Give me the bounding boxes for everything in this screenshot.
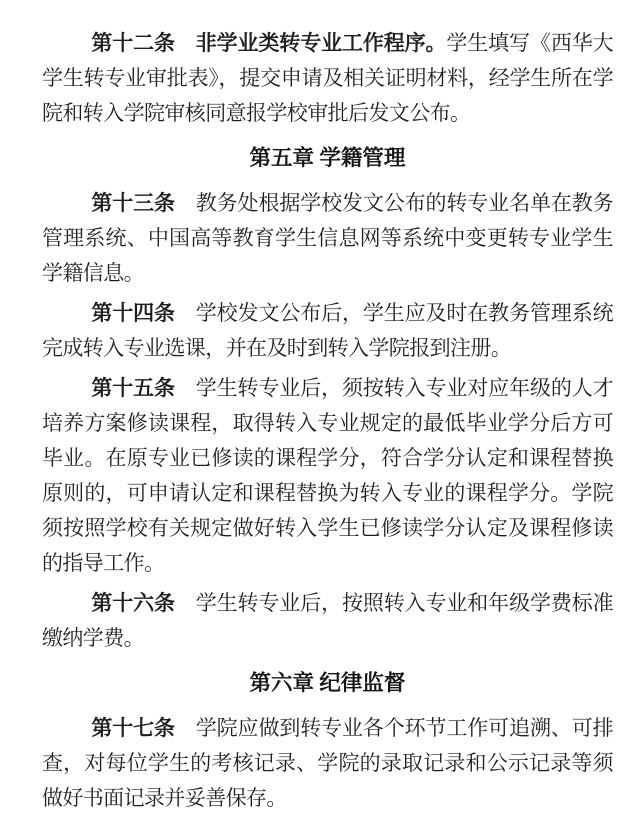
article-17-lead: 第十七条 bbox=[91, 716, 195, 740]
paragraph-article-15: 第十五条 学生转专业后，须按转入专业对应年级的人才培养方案修读课程，取得转入专业… bbox=[42, 371, 613, 581]
chapter-5-heading: 第五章 学籍管理 bbox=[42, 141, 613, 176]
paragraph-article-13: 第十三条 教务处根据学校发文公布的转专业名单在教务管理系统、中国高等教育学生信息… bbox=[42, 186, 613, 291]
article-15-text: 学生转专业后，须按转入专业对应年级的人才培养方案修读课程，取得转入专业规定的最低… bbox=[42, 376, 613, 575]
paragraph-article-16: 第十六条 学生转专业后，按照转入专业和年级学费标准缴纳学费。 bbox=[42, 586, 613, 656]
article-14-lead: 第十四条 bbox=[91, 301, 195, 325]
article-16-lead: 第十六条 bbox=[91, 591, 195, 615]
document-page: 第十二条 非学业类转专业工作程序。学生填写《西华大学生转专业审批表》，提交申请及… bbox=[0, 0, 639, 833]
chapter-6-heading: 第六章 纪律监督 bbox=[42, 666, 613, 701]
article-12-lead: 第十二条 非学业类转专业工作程序。 bbox=[91, 31, 446, 55]
paragraph-article-14: 第十四条 学校发文公布后，学生应及时在教务管理系统完成转入专业选课，并在及时到转… bbox=[42, 296, 613, 366]
paragraph-article-12: 第十二条 非学业类转专业工作程序。学生填写《西华大学生转专业审批表》，提交申请及… bbox=[42, 26, 613, 131]
paragraph-article-17: 第十七条 学院应做到转专业各个环节工作可追溯、可排查，对每位学生的考核记录、学院… bbox=[42, 711, 613, 816]
article-15-lead: 第十五条 bbox=[91, 376, 195, 400]
article-13-lead: 第十三条 bbox=[91, 191, 195, 215]
